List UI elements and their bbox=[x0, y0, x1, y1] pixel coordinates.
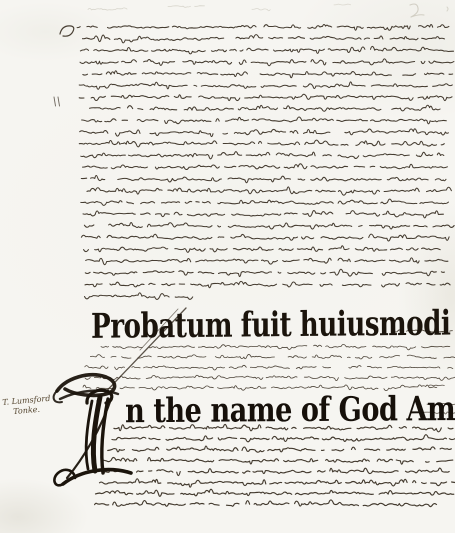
script-line-top bbox=[81, 199, 449, 205]
bleedthrough-mark bbox=[334, 4, 358, 5]
script-line-top bbox=[84, 246, 441, 252]
script-line-top bbox=[85, 269, 450, 276]
script-line-top bbox=[79, 140, 444, 147]
script-line-top bbox=[82, 117, 447, 124]
script-line-latin bbox=[85, 375, 455, 380]
folio-mark bbox=[410, 4, 424, 17]
script-line-top bbox=[83, 211, 443, 218]
speck-mark bbox=[447, 7, 448, 11]
probate-heading: Probatum fuit huiusmodi bbox=[91, 303, 451, 346]
script-line-latin bbox=[85, 365, 453, 370]
manuscript-page: Probatum fuit huiusmodi I n the name of … bbox=[0, 0, 455, 533]
script-mark bbox=[429, 385, 444, 386]
will-heading-text: n the name of God Amen bbox=[125, 389, 455, 431]
script-line-top bbox=[85, 293, 193, 300]
script-line-bottom bbox=[95, 500, 443, 507]
bleedthrough-mark bbox=[252, 9, 286, 11]
will-heading: n the name of God Amen bbox=[125, 389, 455, 431]
opening-paraph bbox=[60, 26, 74, 36]
script-line-top bbox=[77, 24, 449, 30]
script-line-top bbox=[81, 152, 444, 159]
script-line-bottom bbox=[96, 489, 454, 496]
script-line-top bbox=[80, 46, 453, 53]
script-line-top bbox=[87, 187, 451, 195]
script-line-top bbox=[81, 234, 449, 241]
script-line-top bbox=[90, 105, 444, 111]
bleedthrough-mark bbox=[88, 8, 127, 10]
script-line-top bbox=[83, 35, 445, 43]
script-line-top bbox=[84, 223, 454, 229]
script-line-top bbox=[80, 129, 449, 137]
script-line-top bbox=[81, 175, 446, 182]
script-line-top bbox=[80, 59, 454, 66]
script-line-top bbox=[85, 281, 450, 287]
script-line-latin bbox=[90, 354, 454, 359]
script-line-top bbox=[79, 94, 452, 100]
bleedthrough-mark bbox=[168, 6, 204, 8]
margin-tick bbox=[54, 97, 60, 106]
script-line-bottom bbox=[100, 479, 455, 487]
script-line-bottom bbox=[112, 435, 455, 442]
script-line-bottom bbox=[102, 468, 455, 475]
probate-heading-text: Probatum fuit huiusmodi bbox=[91, 303, 451, 346]
script-line-top bbox=[86, 258, 448, 265]
script-line-bottom bbox=[103, 457, 453, 464]
script-line-top bbox=[83, 71, 453, 78]
script-line-bottom bbox=[108, 446, 452, 452]
handwriting-ink-layer bbox=[0, 0, 455, 533]
script-line-top bbox=[83, 164, 448, 170]
script-line-top bbox=[79, 82, 452, 89]
will-initial-stroke bbox=[86, 401, 92, 469]
